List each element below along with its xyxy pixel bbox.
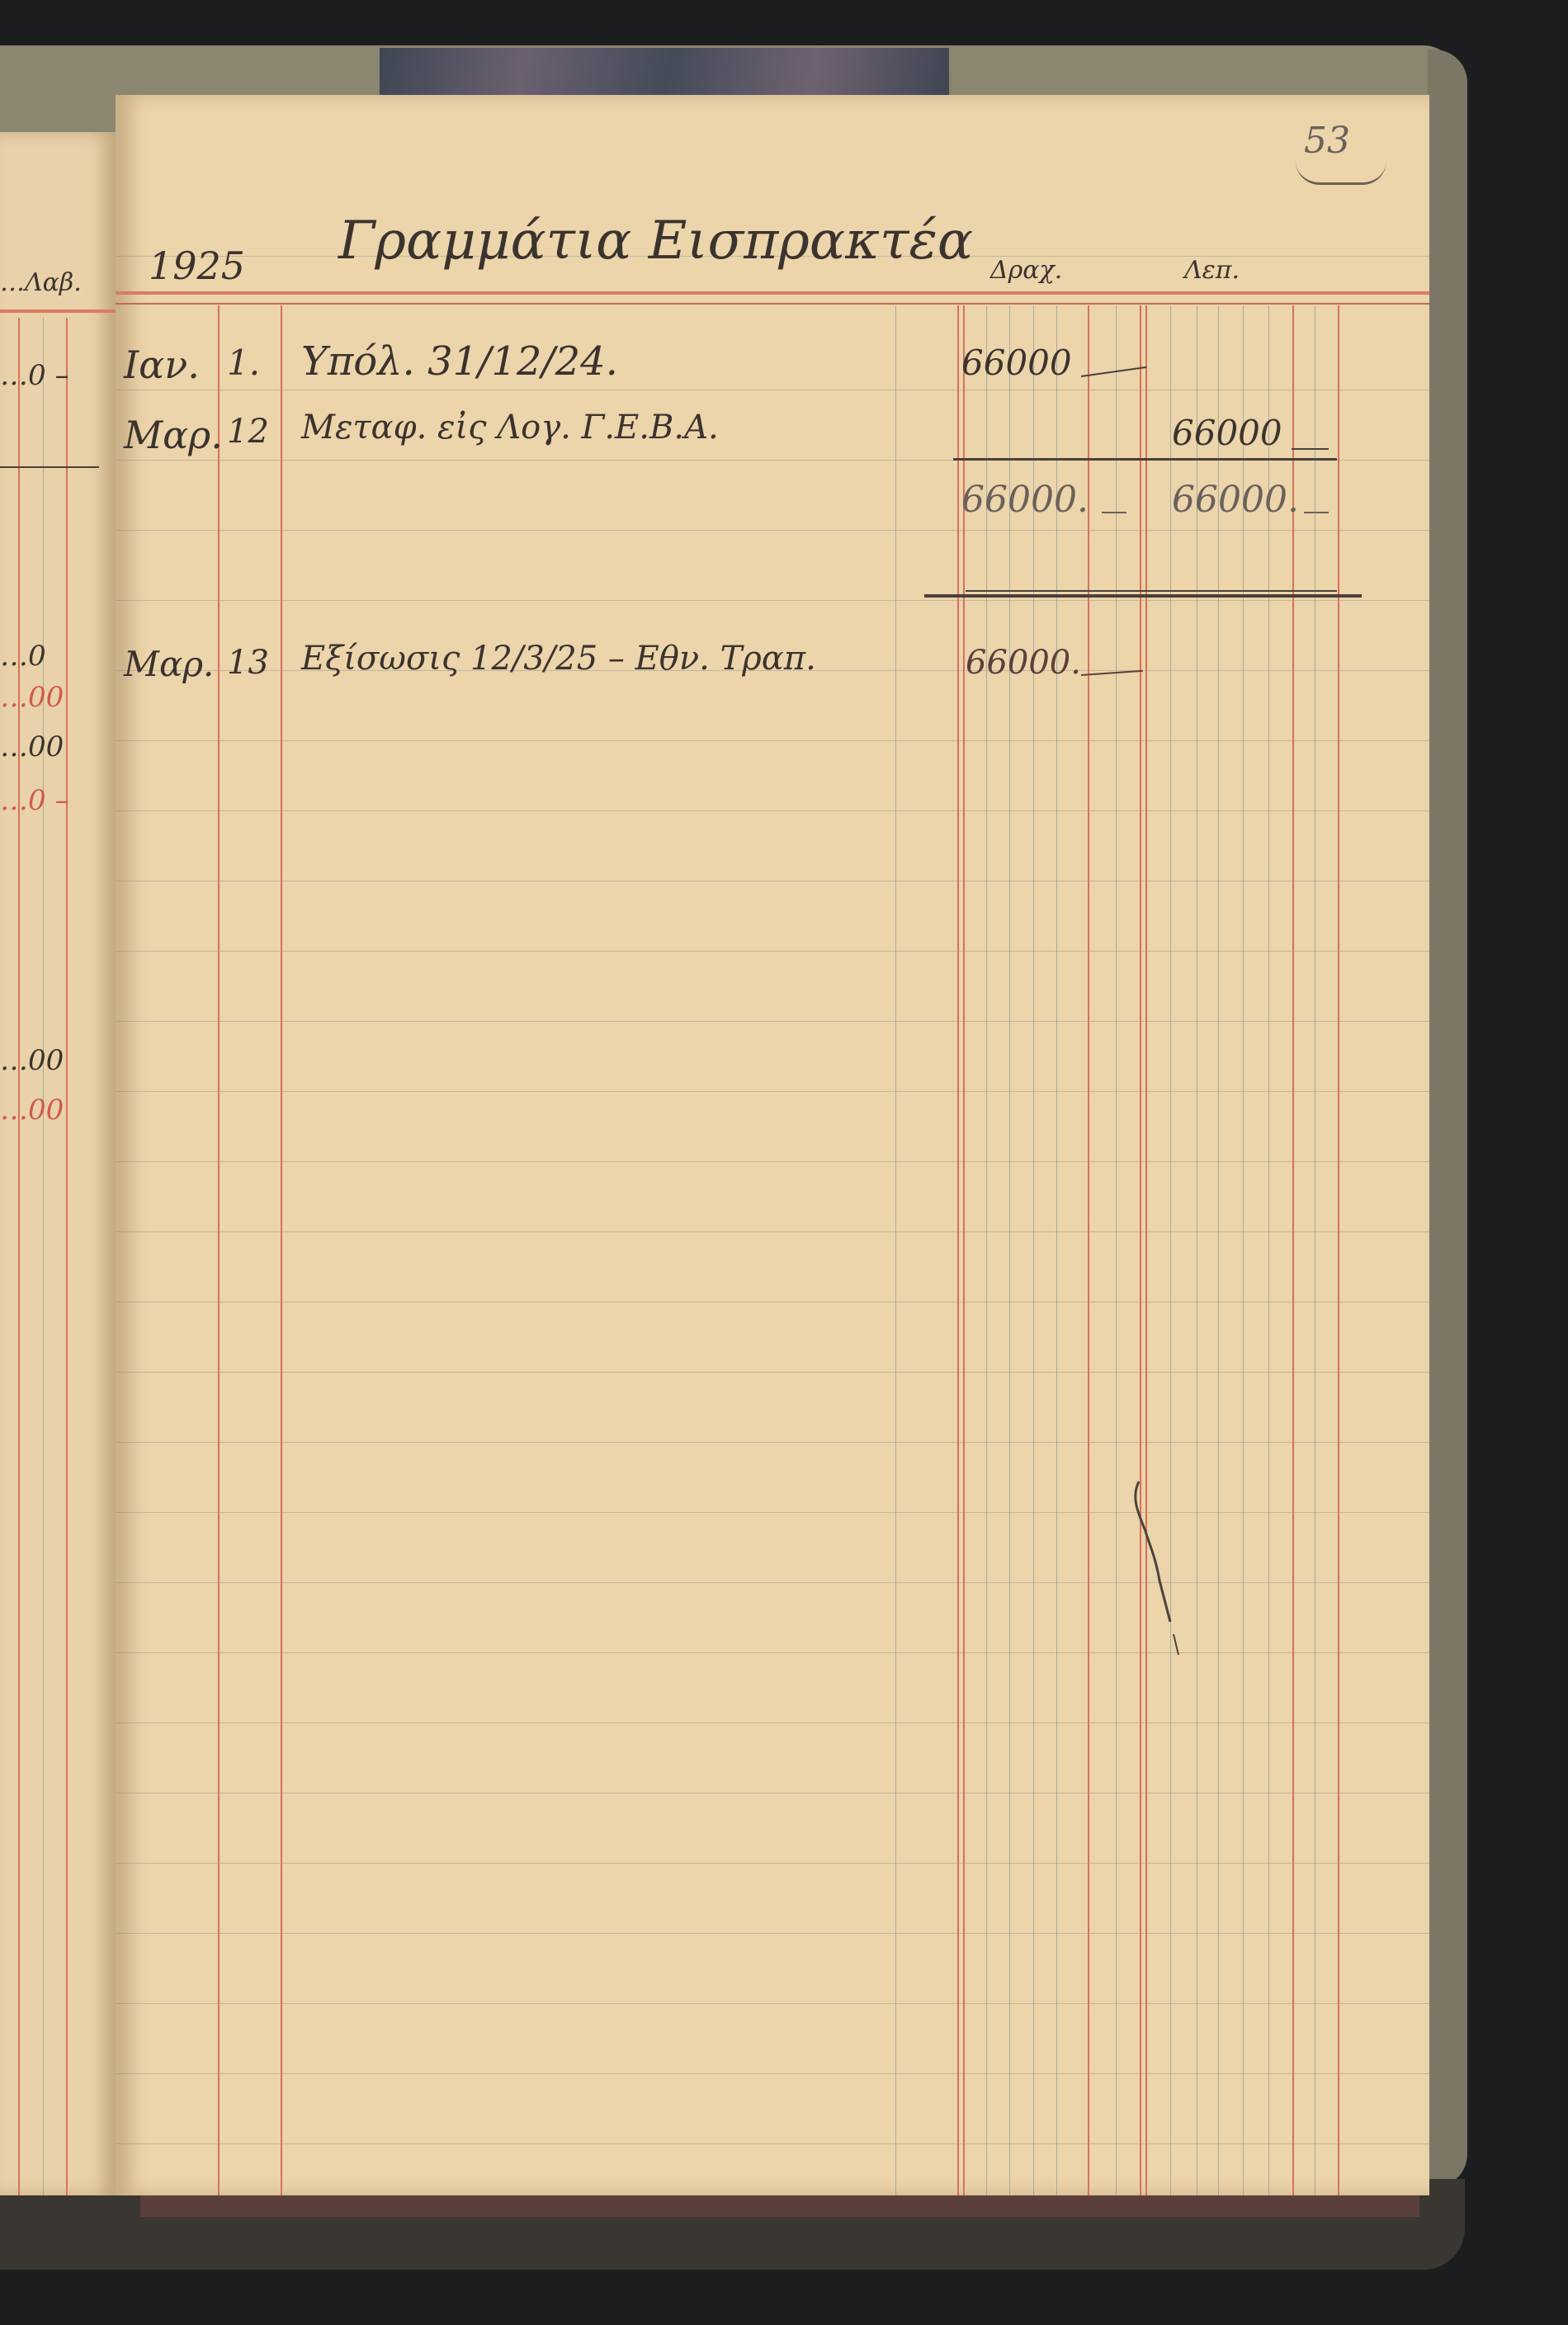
- entry-credit: 66000: [1172, 413, 1282, 453]
- page-edge: [140, 2195, 1419, 2217]
- entry-description: Εξίσωσις 12/3/25 – Εθν. Τραπ.: [301, 640, 816, 678]
- entry-day: 12: [227, 413, 269, 451]
- page-number-underline: [1296, 161, 1386, 185]
- ledger-page: 53 1925 Γραμμάτια Εισπρακτέα Δραχ. Λεπ. …: [116, 95, 1429, 2195]
- credit-column-line: [1140, 305, 1141, 2195]
- header-rule: [116, 291, 1429, 295]
- debit-header: Δραχ.: [990, 256, 1062, 285]
- dash-flourish: [1081, 366, 1146, 377]
- right-margin-line: [1338, 305, 1339, 2195]
- subtotal-rule: [953, 458, 1337, 461]
- total-credit: 66000.: [1172, 479, 1299, 521]
- header-rule: [0, 310, 116, 313]
- entry-debit: 66000.: [966, 644, 1081, 682]
- entry-description: Υπόλ. 31/12/24.: [301, 338, 618, 385]
- dash-flourish: [1292, 448, 1329, 450]
- entry-debit: 66000: [961, 343, 1072, 383]
- entry-description: Μεταφ. εἰς Λογ. Γ.Ε.Β.Α.: [301, 409, 719, 447]
- dash-flourish: [1304, 512, 1329, 513]
- book-cover-right: [1428, 50, 1467, 2187]
- left-page: …Λαβ. …0 – …0 …00 …00 …0 – …00 …00: [0, 132, 116, 2195]
- left-amount: …00: [0, 730, 64, 763]
- page-title: Γραμμάτια Εισπρακτέα: [338, 210, 973, 272]
- closing-double-rule: [966, 590, 1337, 592]
- total-debit: 66000.: [961, 479, 1089, 521]
- left-page-header: …Λαβ.: [0, 268, 82, 297]
- column-line: [43, 318, 44, 2195]
- entry-month: Ιαν.: [124, 343, 200, 387]
- closing-double-rule: [924, 594, 1362, 598]
- credit-cents-line: [1292, 305, 1294, 2195]
- debit-cents-line: [1088, 305, 1089, 2195]
- left-amount: …00: [0, 1044, 64, 1077]
- entry-day: 1.: [227, 343, 260, 383]
- debit-column-line: [957, 305, 959, 2195]
- left-amount: …0 –: [0, 359, 68, 392]
- left-amount: …00: [0, 1094, 64, 1127]
- left-amount: …0 –: [0, 784, 68, 817]
- entry-month: Μαρ.: [124, 413, 223, 457]
- page-number: 53: [1304, 120, 1350, 162]
- column-line: [18, 318, 20, 2195]
- left-amount: …00: [0, 681, 64, 714]
- credit-header: Λεπ.: [1184, 256, 1240, 285]
- pencil-mark: [1131, 1465, 1180, 1663]
- entry-month: Μαρ.: [124, 644, 214, 684]
- dash-flourish: [1102, 512, 1126, 513]
- date-column-line: [218, 305, 220, 2195]
- description-column-line: [895, 305, 896, 2195]
- year: 1925: [149, 243, 245, 288]
- entry-day: 13: [227, 644, 269, 682]
- day-column-line: [281, 305, 282, 2195]
- column-line: [66, 318, 68, 2195]
- total-rule: [0, 466, 99, 468]
- header-rule: [116, 303, 1429, 305]
- left-amount: …0: [0, 640, 46, 673]
